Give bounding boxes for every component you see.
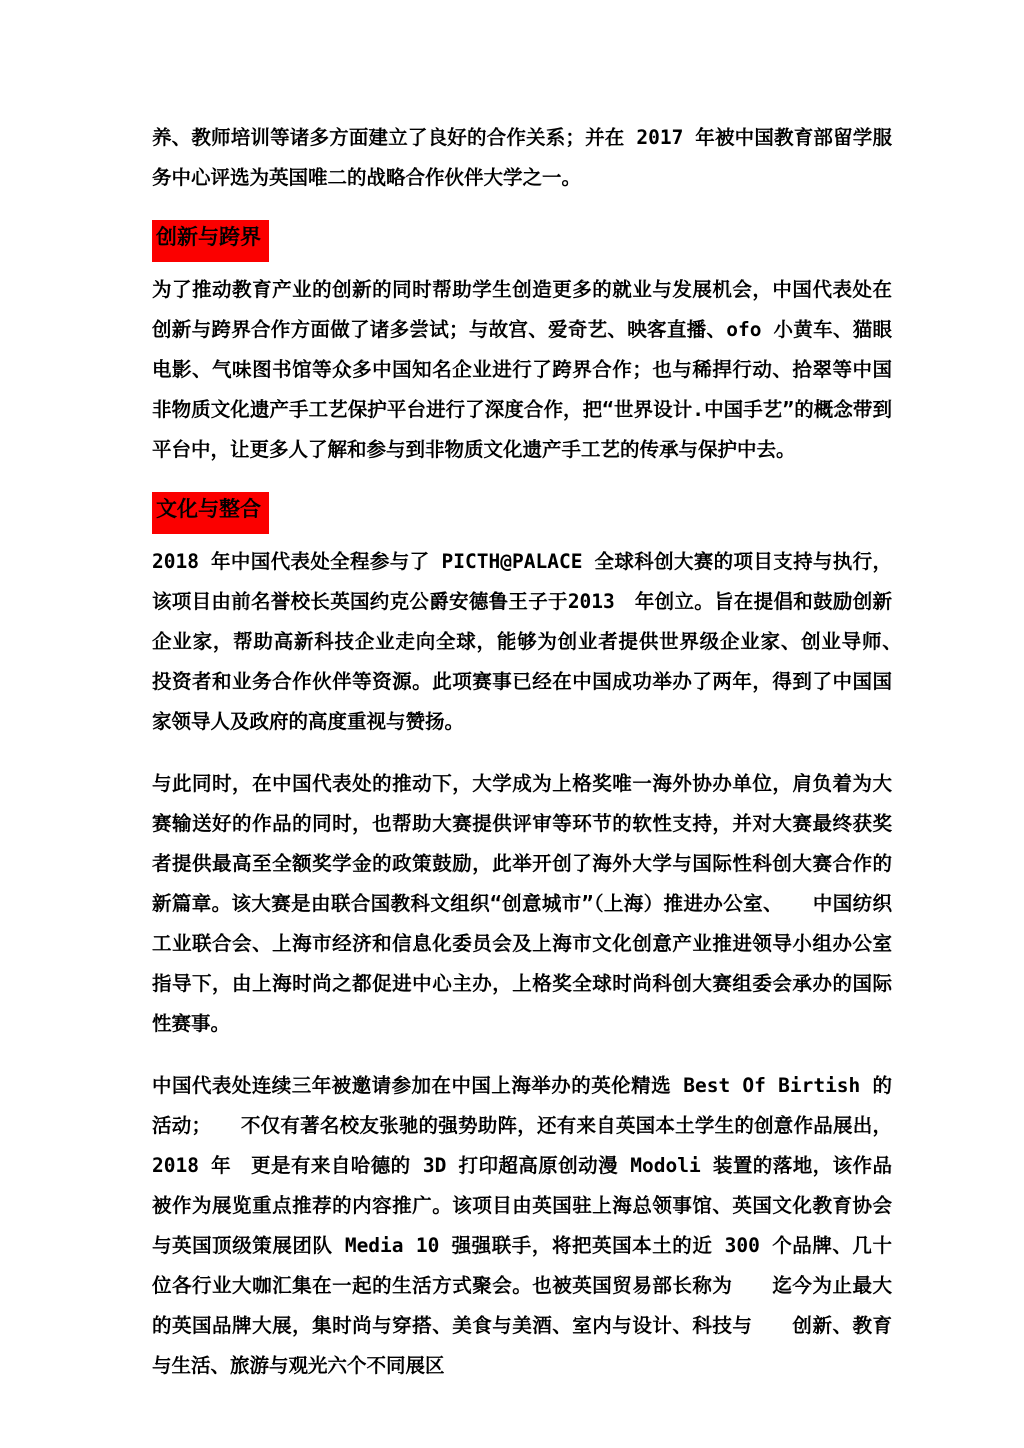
section-heading-innovation: 创新与跨界 — [152, 220, 892, 262]
paragraph-culture-3: 中国代表处连续三年被邀请参加在中国上海举办的英伦精选 Best Of Birti… — [152, 1066, 892, 1386]
section-heading-culture: 文化与整合 — [152, 492, 892, 534]
paragraph-innovation-1: 为了推动教育产业的创新的同时帮助学生创造更多的就业与发展机会，中国代表处在创新与… — [152, 270, 892, 470]
document-page: 养、教师培训等诸多方面建立了良好的合作关系；并在 2017 年被中国教育部留学服… — [0, 0, 1024, 1448]
paragraph-culture-1: 2018 年中国代表处全程参与了 PICTH@PALACE 全球科创大赛的项目支… — [152, 542, 892, 742]
section-heading-innovation-label: 创新与跨界 — [152, 220, 269, 262]
paragraph-culture-2: 与此同时，在中国代表处的推动下，大学成为上格奖唯一海外协办单位，肩负着为大赛输送… — [152, 764, 892, 1044]
paragraph-intro: 养、教师培训等诸多方面建立了良好的合作关系；并在 2017 年被中国教育部留学服… — [152, 118, 892, 198]
document-body: 养、教师培训等诸多方面建立了良好的合作关系；并在 2017 年被中国教育部留学服… — [152, 0, 892, 1408]
section-heading-culture-label: 文化与整合 — [152, 492, 269, 534]
